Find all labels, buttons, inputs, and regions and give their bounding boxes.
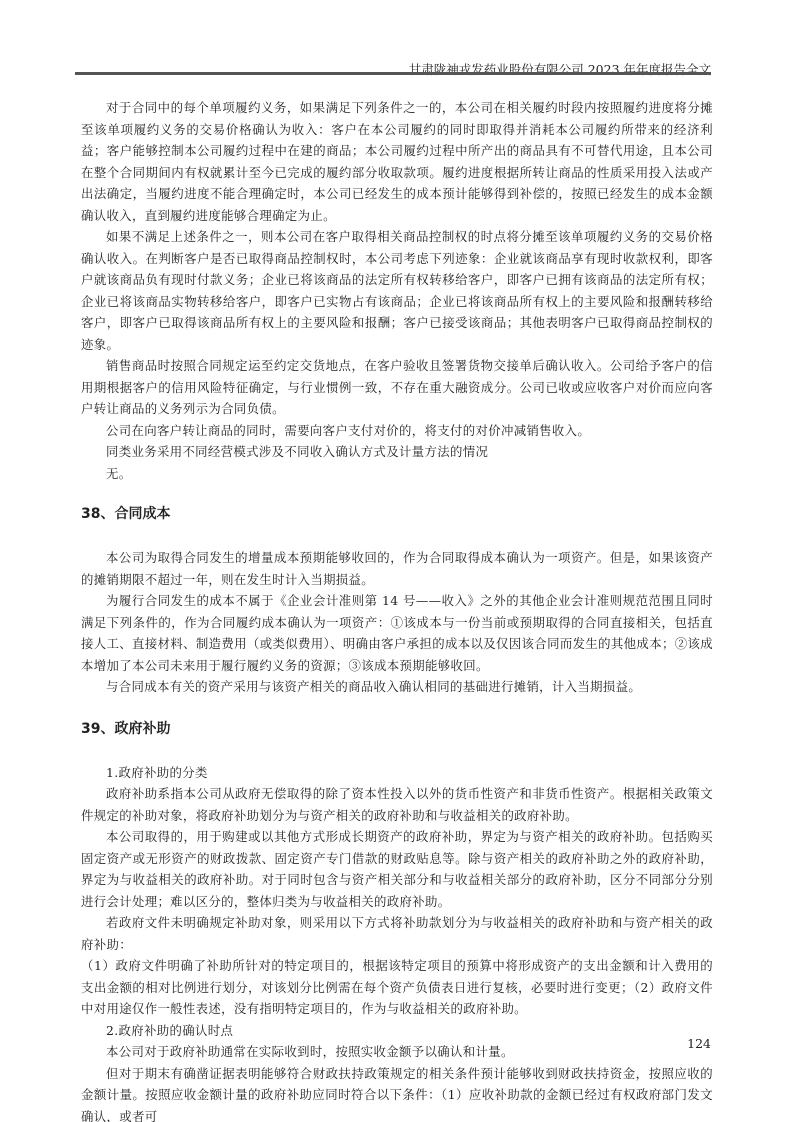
header-divider: [75, 72, 711, 75]
paragraph: 对于合同中的每个单项履约义务，如果满足下列条件之一的，本公司在相关履约时段内按照…: [81, 97, 713, 226]
paragraph: 但对于期末有确凿证据表明能够符合财政扶持政策规定的相关条件预计能够收到财政扶持资…: [81, 1063, 713, 1122]
paragraph: 无。: [81, 463, 713, 485]
paragraph: 同类业务采用不同经营模式涉及不同收入确认方式及计量方法的情况: [81, 441, 713, 463]
paragraph: 本公司对于政府补助通常在实际收到时，按照实收金额予以确认和计量。: [81, 1041, 713, 1063]
paragraph: 本公司取得的，用于购建或以其他方式形成长期资产的政府补助，界定为与资产相关的政府…: [81, 826, 713, 912]
paragraph: 若政府文件未明确规定补助对象，则采用以下方式将补助款划分为与收益相关的政府补助和…: [81, 912, 713, 955]
section-heading-contract-costs: 38、合同成本: [81, 504, 713, 524]
paragraph: 如果不满足上述条件之一，则本公司在客户取得相关商品控制权的时点将分摊至该单项履约…: [81, 226, 713, 355]
subheading: 1.政府补助的分类: [81, 762, 713, 784]
paragraph: （1）政府文件明确了补助所针对的特定项目的，根据该特定项目的预算中将形成资产的支…: [81, 955, 713, 1020]
paragraph: 为履行合同发生的成本不属于《企业会计准则第 14 号——收入》之外的其他企业会计…: [81, 590, 713, 676]
paragraph: 本公司为取得合同发生的增量成本预期能够收回的，作为合同取得成本确认为一项资产。但…: [81, 547, 713, 590]
report-header-title: 甘肃陇神戎发药业股份有限公司 2023 年年度报告全文: [409, 60, 711, 78]
section-heading-government-grants: 39、政府补助: [81, 719, 713, 739]
subheading: 2.政府补助的确认时点: [81, 1020, 713, 1042]
paragraph: 销售商品时按照合同规定运至约定交货地点，在客户验收且签署货物交接单后确认收入。公…: [81, 355, 713, 420]
paragraph: 公司在向客户转让商品的同时，需要向客户支付对价的，将支付的对价冲减销售收入。: [81, 420, 713, 442]
document-body: 对于合同中的每个单项履约义务，如果满足下列条件之一的，本公司在相关履约时段内按照…: [81, 97, 713, 1122]
paragraph: 与合同成本有关的资产采用与该资产相关的商品收入确认相同的基础进行摊销，计入当期损…: [81, 676, 713, 698]
paragraph: 政府补助系指本公司从政府无偿取得的除了资本性投入以外的货币性资产和非货币性资产。…: [81, 783, 713, 826]
page-number: 124: [687, 1036, 711, 1051]
